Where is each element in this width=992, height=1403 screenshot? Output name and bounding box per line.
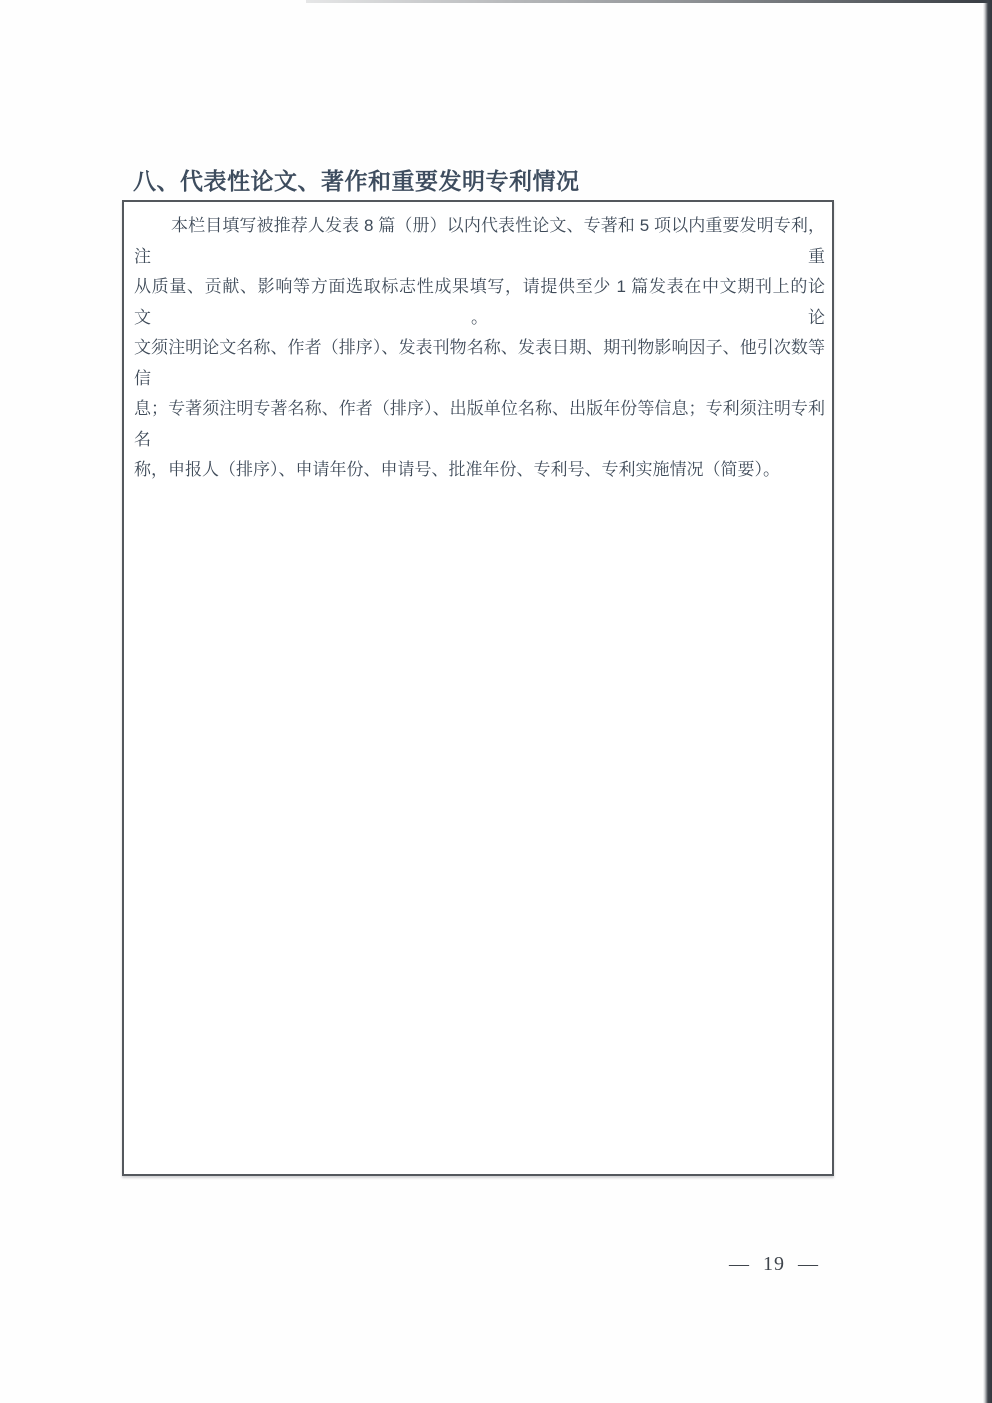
- instruction-line: 从质量、贡献、影响等方面选取标志性成果填写，请提供至少 1 篇发表在中文期刊上的…: [134, 272, 825, 333]
- instructions-paragraph: 本栏目填写被推荐人发表 8 篇（册）以内代表性论文、专著和 5 项以内重要发明专…: [124, 202, 832, 486]
- instructions-box: 本栏目填写被推荐人发表 8 篇（册）以内代表性论文、专著和 5 项以内重要发明专…: [122, 200, 834, 1176]
- instruction-line: 息；专著须注明专著名称、作者（排序）、出版单位名称、出版年份等信息；专利须注明专…: [134, 394, 825, 455]
- instruction-line: 本栏目填写被推荐人发表 8 篇（册）以内代表性论文、专著和 5 项以内重要发明专…: [134, 211, 825, 272]
- instruction-line: 称，申报人（排序）、申请年份、申请号、批准年份、专利号、专利实施情况（简要）。: [134, 455, 825, 486]
- scan-edge-top-artifact: [306, 0, 992, 3]
- scan-edge-right-artifact: [983, 0, 992, 1403]
- page-number: — 19 —: [710, 1253, 838, 1276]
- section-heading: 八、代表性论文、著作和重要发明专利情况: [133, 168, 580, 194]
- instruction-line: 文须注明论文名称、作者（排序）、发表刊物名称、发表日期、期刊物影响因子、他引次数…: [134, 333, 825, 394]
